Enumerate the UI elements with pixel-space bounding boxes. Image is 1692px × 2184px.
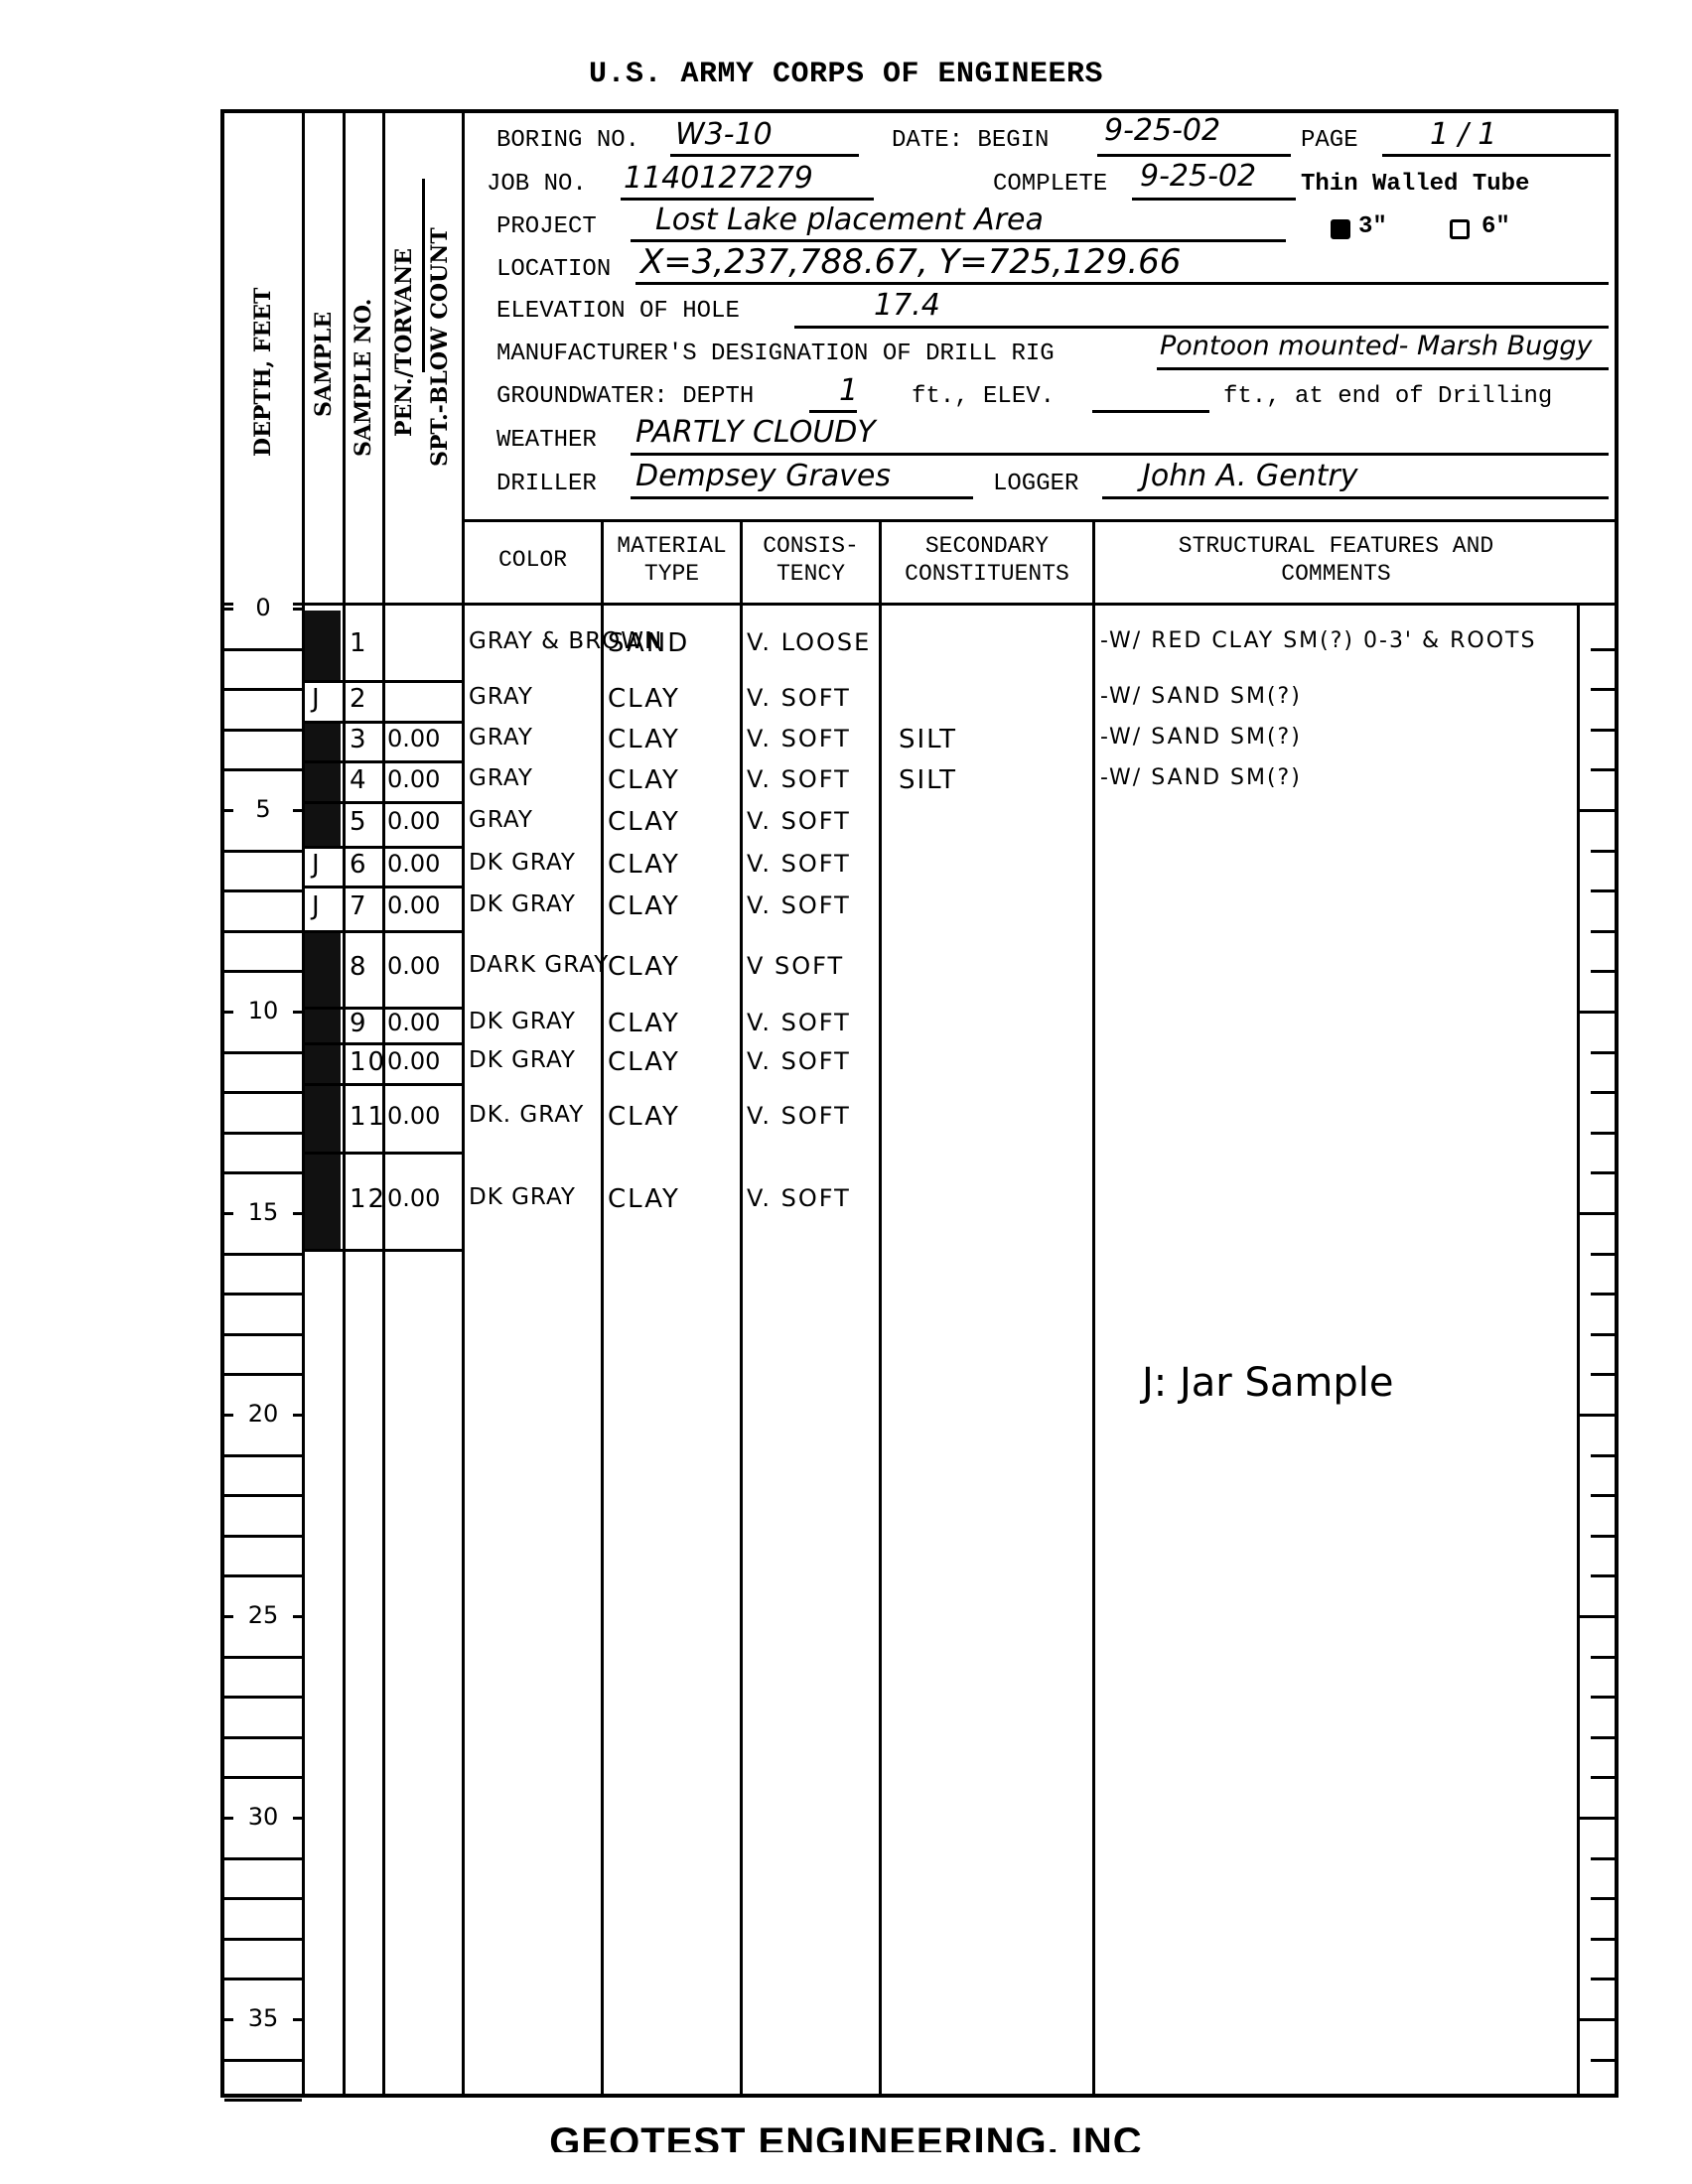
ft-end-label: ft., at end of Drilling	[1223, 383, 1552, 410]
col-secondary-header: SECONDARY CONSTITUENTS	[882, 532, 1092, 588]
scale-tick	[1591, 930, 1615, 933]
scale-tick	[1580, 1414, 1615, 1417]
depth-label: 15	[233, 1198, 293, 1226]
color-value: DK GRAY	[469, 850, 576, 876]
sample-core-fill	[305, 1155, 341, 1248]
date-complete-value[interactable]: 9-25-02	[1140, 159, 1256, 194]
scale-tick	[1591, 1574, 1615, 1577]
consistency-value: V. SOFT	[747, 684, 851, 712]
depth-gridline	[224, 1373, 302, 1376]
material-value: CLAY	[608, 684, 680, 714]
sample-no: 1	[350, 628, 368, 658]
tube-6in-checkbox[interactable]	[1450, 219, 1470, 239]
consistency-value: V SOFT	[747, 952, 844, 980]
scale-tick	[1580, 2018, 1615, 2021]
tube-3in-label: 3"	[1358, 213, 1387, 240]
sample-no: 12	[350, 1184, 386, 1214]
scale-tick	[1591, 1373, 1615, 1376]
scale-tick	[1591, 688, 1615, 691]
sample-type: J	[312, 684, 322, 714]
material-value: CLAY	[608, 725, 680, 754]
underline	[794, 326, 1609, 329]
scale-tick	[1580, 1212, 1615, 1215]
scale-tick	[1580, 809, 1615, 812]
sample-core-fill	[305, 1045, 341, 1083]
pen-value: 0.00	[387, 765, 440, 793]
sample-no: 9	[350, 1009, 368, 1038]
depth-gridline	[224, 970, 302, 973]
logger-value[interactable]: John A. Gentry	[1142, 459, 1358, 493]
depth-gridline	[224, 1535, 302, 1538]
color-value: GRAY	[469, 765, 533, 791]
jar-sample-note: J: Jar Sample	[1142, 1360, 1393, 1406]
sample-core-fill	[305, 1086, 341, 1152]
underline	[631, 496, 973, 499]
groundwater-label: GROUNDWATER: DEPTH	[496, 383, 754, 410]
sample-no: 8	[350, 952, 368, 982]
depth-gridline	[224, 1776, 302, 1779]
scale-tick	[1591, 1736, 1615, 1739]
pen-value: 0.00	[387, 725, 440, 752]
depth-gridline	[224, 889, 302, 892]
scale-tick	[1591, 850, 1615, 853]
depth-label: 30	[233, 1803, 293, 1831]
depth-gridline	[224, 930, 302, 933]
pen-divider	[422, 179, 425, 372]
scale-tick	[1591, 768, 1615, 771]
sample-no: 3	[350, 725, 368, 754]
sample-core-fill	[305, 933, 341, 1007]
consistency-value: V. SOFT	[747, 725, 851, 752]
sample-type: J	[312, 850, 322, 880]
sample-no: 5	[350, 807, 368, 837]
color-value: DK GRAY	[469, 1184, 576, 1210]
scale-tick	[1591, 1494, 1615, 1497]
sample-no: 2	[350, 684, 368, 714]
comment-value: -W/ SAND SM(?)	[1100, 765, 1302, 790]
elevation-label: ELEVATION OF HOLE	[496, 298, 740, 325]
col-color-header: COLOR	[465, 546, 601, 574]
job-no-label: JOB NO.	[487, 171, 587, 198]
col-spt-header: SPT.-BLOW COUNT	[427, 227, 453, 467]
scale-tick	[1591, 1293, 1615, 1296]
col-consistency-header: CONSIS- TENCY	[743, 532, 879, 588]
underline	[1157, 367, 1609, 370]
divider	[879, 519, 882, 2098]
sample-core-fill	[305, 804, 341, 846]
material-value: CLAY	[608, 807, 680, 837]
depth-gridline	[224, 768, 302, 771]
boring-no-value[interactable]: W3-10	[675, 117, 773, 152]
depth-label: 25	[233, 1601, 293, 1629]
depth-gridline	[224, 1978, 302, 1980]
ft-elev-label: ft., ELEV.	[912, 383, 1055, 410]
col-depth-header: DEPTH, FEET	[250, 288, 276, 457]
logger-label: LOGGER	[993, 471, 1078, 497]
scale-tick	[1591, 970, 1615, 973]
scale-tick	[1591, 2059, 1615, 2062]
underline	[631, 453, 1609, 456]
depth-gridline	[224, 1938, 302, 1941]
location-value[interactable]: X=3,237,788.67, Y=725,129.66	[640, 242, 1181, 282]
depth-gridline	[224, 850, 302, 853]
scale-tick	[1591, 1051, 1615, 1054]
pen-value: 0.00	[387, 807, 440, 835]
depth-gridline	[224, 1454, 302, 1457]
color-value: DK GRAY	[469, 1009, 576, 1034]
scale-tick	[1591, 1454, 1615, 1457]
scale-tick	[1580, 1011, 1615, 1014]
scale-tick	[1580, 1817, 1615, 1820]
page-value[interactable]: 1 / 1	[1430, 117, 1496, 152]
scale-tick	[1591, 889, 1615, 892]
depth-gridline	[224, 1696, 302, 1699]
divider	[462, 111, 465, 2097]
sample-no: 10	[350, 1047, 386, 1077]
depth-gridline	[224, 1132, 302, 1135]
weather-value[interactable]: PARTLY CLOUDY	[635, 415, 876, 450]
scale-tick	[1591, 1656, 1615, 1659]
driller-label: DRILLER	[496, 471, 597, 497]
weather-label: WEATHER	[496, 427, 597, 454]
depth-gridline	[224, 1736, 302, 1739]
color-value: GRAY	[469, 807, 533, 833]
color-value: GRAY	[469, 684, 533, 710]
divider	[343, 111, 346, 2097]
color-value: DK. GRAY	[469, 1102, 584, 1128]
depth-gridline	[224, 729, 302, 732]
depth-gridline	[224, 1293, 302, 1296]
footer-company: GEOTEST ENGINEERING, INC	[0, 2113, 1692, 2152]
scale-tick	[1591, 1132, 1615, 1135]
secondary-value: SILT	[899, 765, 957, 795]
depth-gridline	[224, 1494, 302, 1497]
color-value: DK GRAY	[469, 891, 576, 917]
scale-tick	[1591, 1091, 1615, 1094]
depth-gridline	[224, 688, 302, 691]
col-material-header: MATERIAL TYPE	[604, 532, 740, 588]
divider	[462, 519, 1617, 522]
drill-rig-value[interactable]: Pontoon mounted- Marsh Buggy	[1160, 331, 1593, 361]
underline	[1102, 496, 1609, 499]
tube-3in-checkbox[interactable]	[1331, 219, 1350, 239]
comment-value: -W/ SAND SM(?)	[1100, 725, 1302, 750]
depth-label: 10	[233, 997, 293, 1024]
underline	[1382, 154, 1611, 157]
sample-core-fill	[305, 611, 341, 680]
divider	[1092, 519, 1095, 2098]
col-sample-no-header: SAMPLE NO.	[351, 299, 376, 457]
col-sample-header: SAMPLE	[311, 312, 337, 417]
material-value: CLAY	[608, 891, 680, 921]
pen-value: 0.00	[387, 1009, 440, 1036]
consistency-value: V. SOFT	[747, 765, 851, 793]
sample-row-divider	[305, 680, 464, 683]
material-value: CLAY	[608, 850, 680, 880]
tube-6in-label: 6"	[1481, 213, 1510, 240]
depth-gridline	[224, 1857, 302, 1860]
driller-value[interactable]: Dempsey Graves	[635, 459, 891, 493]
depth-label: 0	[233, 594, 293, 621]
tube-label: Thin Walled Tube	[1301, 171, 1529, 198]
sample-no: 4	[350, 765, 368, 795]
sample-type: J	[312, 891, 322, 921]
col-pen-header: PEN./TORVANE	[391, 248, 417, 437]
depth-gridline	[224, 1333, 302, 1336]
scale-tick	[1591, 1978, 1615, 1980]
depth-gridline	[224, 1253, 302, 1256]
complete-label: COMPLETE	[993, 171, 1107, 198]
consistency-value: V. SOFT	[747, 807, 851, 835]
pen-value: 0.00	[387, 891, 440, 919]
date-begin-label: DATE: BEGIN	[892, 127, 1049, 154]
depth-label: 20	[233, 1400, 293, 1428]
secondary-value: SILT	[899, 725, 957, 754]
comment-value: -W/ SAND SM(?)	[1100, 684, 1302, 709]
sample-core-fill	[305, 724, 341, 761]
color-value: DARK GRAY	[469, 952, 609, 978]
scale-tick	[1591, 1253, 1615, 1256]
sample-core-fill	[305, 763, 341, 801]
consistency-value: V. SOFT	[747, 850, 851, 878]
material-value: CLAY	[608, 952, 680, 982]
sample-no: 7	[350, 891, 368, 921]
material-value: CLAY	[608, 1047, 680, 1077]
scale-tick	[1591, 1897, 1615, 1900]
scale-tick	[1580, 1615, 1615, 1618]
boring-no-label: BORING NO.	[496, 127, 639, 154]
sample-no: 6	[350, 850, 368, 880]
underline	[1132, 198, 1296, 201]
pen-value: 0.00	[387, 850, 440, 878]
col-structural-header: STRUCTURAL FEATURES AND COMMENTS	[1095, 532, 1577, 588]
color-value: GRAY	[469, 725, 533, 751]
scale-tick	[1591, 1938, 1615, 1941]
project-value[interactable]: Lost Lake placement Area	[655, 203, 1044, 237]
divider	[1577, 603, 1580, 2097]
material-value: SAND	[608, 628, 689, 658]
depth-label: 5	[233, 795, 293, 823]
scale-tick	[1591, 1857, 1615, 1860]
scale-tick	[1591, 648, 1615, 651]
depth-gridline	[224, 1051, 302, 1054]
material-value: CLAY	[608, 765, 680, 795]
sample-row-divider	[305, 1249, 464, 1252]
divider	[220, 603, 1617, 606]
scale-tick	[1591, 1333, 1615, 1336]
drill-rig-label: MANUFACTURER'S DESIGNATION OF DRILL RIG	[496, 341, 1055, 367]
underline	[621, 198, 874, 201]
pen-value: 0.00	[387, 1102, 440, 1130]
groundwater-depth-value[interactable]: 1	[839, 373, 858, 408]
underline	[809, 410, 857, 413]
underline	[1097, 154, 1291, 157]
depth-gridline	[224, 1091, 302, 1094]
sample-row-divider	[305, 846, 464, 849]
depth-gridline	[224, 2099, 302, 2102]
consistency-value: V. SOFT	[747, 1009, 851, 1036]
material-value: CLAY	[608, 1102, 680, 1132]
scale-tick	[1591, 729, 1615, 732]
divider	[740, 519, 743, 2098]
material-value: CLAY	[608, 1184, 680, 1214]
depth-gridline	[224, 2059, 302, 2062]
job-no-value[interactable]: 1140127279	[624, 161, 813, 196]
consistency-value: V. SOFT	[747, 1184, 851, 1212]
scale-tick	[1591, 1776, 1615, 1779]
depth-label: 35	[233, 2004, 293, 2032]
underline	[635, 282, 1609, 285]
underline	[670, 154, 859, 157]
elevation-value[interactable]: 17.4	[874, 288, 940, 323]
date-begin-value[interactable]: 9-25-02	[1104, 113, 1220, 148]
consistency-value: V. SOFT	[747, 1047, 851, 1075]
page-label: PAGE	[1301, 127, 1358, 154]
scale-tick	[1591, 1535, 1615, 1538]
sample-no: 11	[350, 1102, 386, 1132]
color-value: DK GRAY	[469, 1047, 576, 1073]
sample-core-fill	[305, 1010, 341, 1043]
scale-tick	[1591, 1171, 1615, 1174]
project-label: PROJECT	[496, 213, 597, 240]
location-label: LOCATION	[496, 256, 611, 283]
scale-tick	[1591, 1696, 1615, 1699]
depth-gridline	[224, 648, 302, 651]
comment-value: -W/ RED CLAY SM(?) 0-3' & ROOTS	[1100, 628, 1536, 653]
depth-gridline	[224, 1171, 302, 1174]
sample-row-divider	[305, 886, 464, 888]
consistency-value: V. LOOSE	[747, 628, 871, 656]
divider	[601, 519, 604, 2098]
pen-value: 0.00	[387, 952, 440, 980]
pen-value: 0.00	[387, 1184, 440, 1212]
depth-gridline	[224, 1897, 302, 1900]
pen-value: 0.00	[387, 1047, 440, 1075]
consistency-value: V. SOFT	[747, 891, 851, 919]
consistency-value: V. SOFT	[747, 1102, 851, 1130]
depth-gridline	[224, 1574, 302, 1577]
depth-gridline	[224, 1656, 302, 1659]
underline	[1092, 410, 1209, 413]
material-value: CLAY	[608, 1009, 680, 1038]
agency-title: U.S. ARMY CORPS OF ENGINEERS	[0, 58, 1692, 91]
